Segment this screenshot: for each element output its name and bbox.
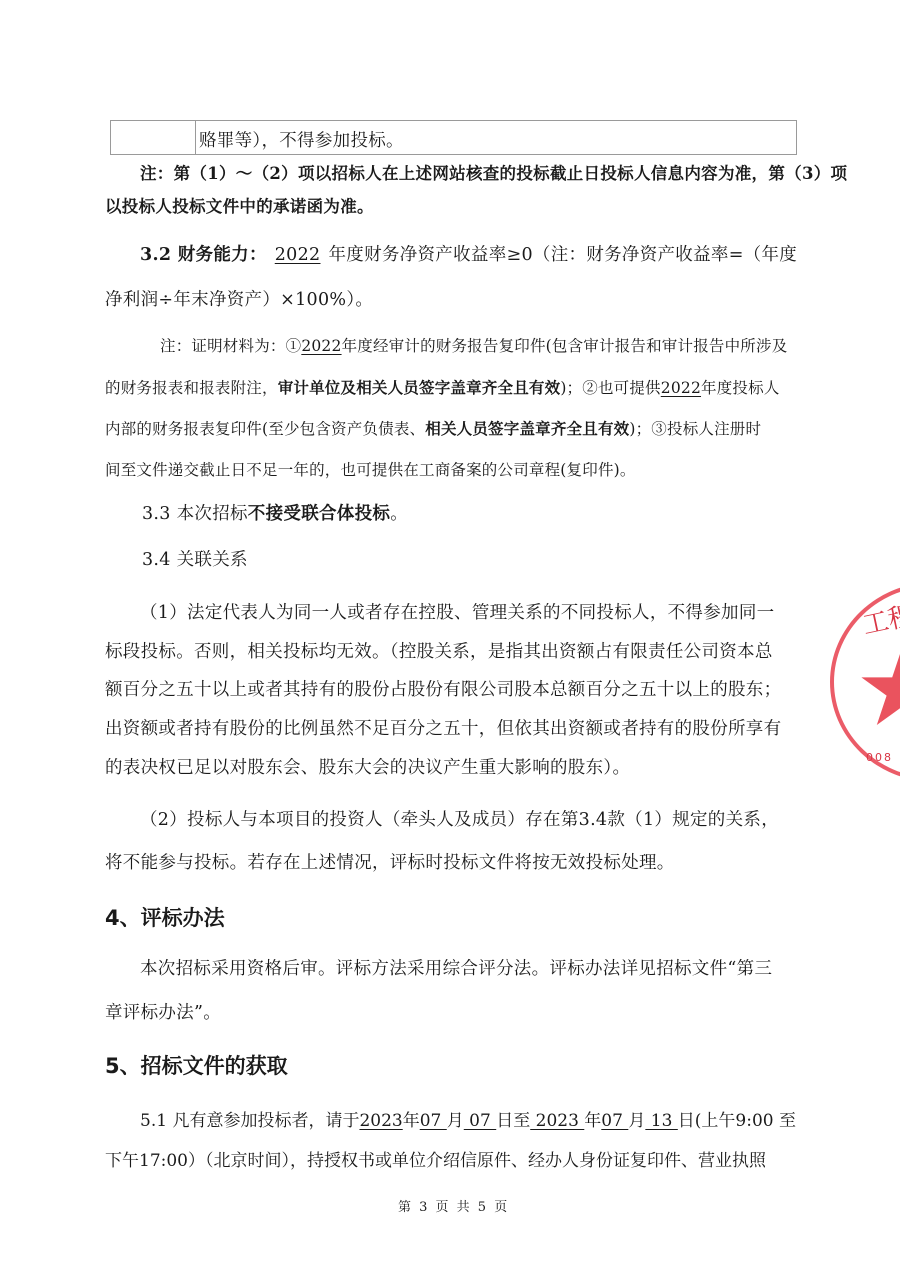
- paragraph-line: 的表决权已足以对股东会、股东大会的决议产生重大影响的股东）。: [105, 754, 630, 779]
- section-text: 净利润÷年末净资产）×100%）。: [105, 286, 373, 311]
- qualification-table: 赂罪等），不得参加投标。: [110, 120, 797, 155]
- year-field: 2022: [661, 379, 701, 397]
- paragraph-line: 额百分之五十以上或者其持有的股份占股份有限公司股本总额百分之五十以上的股东；: [105, 676, 781, 701]
- section-3-2: 3.2 财务能力：2022年度财务净资产收益率≥0（注：财务净资产收益率=（年度: [140, 241, 797, 266]
- paragraph-line: 下午17:00）（北京时间），持授权书或单位介绍信原件、经办人身份证复印件、营业…: [105, 1146, 766, 1171]
- start-month: 07: [420, 1111, 447, 1131]
- stamp-text: 工程: [859, 595, 900, 642]
- section-4-heading: 4、评标办法: [105, 902, 225, 932]
- paragraph-line: （1）法定代表人为同一人或者存在控股、管理关系的不同投标人，不得参加同一: [140, 599, 774, 624]
- note-text: 内部的财务报表复印件(至少包含资产负债表、: [105, 420, 425, 438]
- section-text: 3.3 本次招标: [142, 504, 248, 524]
- end-day: 13: [645, 1111, 677, 1131]
- note-line: 的财务报表和报表附注，审计单位及相关人员签字盖章齐全且有效)；②也可提供2022…: [105, 376, 780, 398]
- section-3-4-title: 3.4 关联关系: [142, 546, 248, 571]
- paragraph-line: 本次招标采用资格后审。评标方法采用综合评分法。评标办法详见招标文件“第三: [140, 955, 772, 980]
- note-text: 的财务报表和报表附注，: [105, 379, 278, 397]
- table-column-divider: [195, 121, 196, 154]
- year-field: 2022: [267, 245, 329, 265]
- start-year: 2023: [359, 1111, 402, 1131]
- note-line: 注：第（1）～（2）项以招标人在上述网站核查的投标截止日投标人信息内容为准，第（…: [140, 160, 847, 184]
- section-5-heading: 5、招标文件的获取: [105, 1050, 288, 1080]
- note-line: 间至文件递交截止日不足一年的，也可提供在工商备案的公司章程(复印件)。: [105, 458, 636, 480]
- section-text: 日(上午9:00 至: [678, 1111, 796, 1131]
- section-5-1: 5.1 凡有意参加投标者，请于2023年07 月 07 日至 2023 年07 …: [140, 1106, 796, 1131]
- paragraph-line: 标段投标。否则，相关投标均无效。（控股关系，是指其出资额占有限责任公司资本总: [105, 638, 773, 663]
- page-number: 第 3 页 共 5 页: [398, 1196, 509, 1215]
- stamp-code: 008: [866, 751, 893, 764]
- note-bold-text: 审计单位及相关人员签字盖章齐全且有效: [278, 378, 561, 397]
- section-3-3: 3.3 本次招标不接受联合体投标。: [142, 500, 408, 525]
- paragraph-line: 出资额或者持有股份的比例虽然不足百分之五十，但依其出资额或者持有的股份所享有: [105, 715, 781, 740]
- end-month: 07: [601, 1111, 628, 1131]
- section-text: 年度财务净资产收益率≥0（注：财务净资产收益率=（年度: [329, 245, 798, 265]
- note-line: 以投标人投标文件中的承诺函为准。: [105, 193, 374, 217]
- note-text: )；③投标人注册时: [629, 420, 761, 438]
- note-bold-text: 相关人员签字盖章齐全且有效: [425, 419, 629, 438]
- note-line: 内部的财务报表复印件(至少包含资产负债表、相关人员签字盖章齐全且有效)；③投标人…: [105, 417, 761, 439]
- note-text: 注：证明材料为：①: [160, 337, 301, 355]
- end-year: 2023: [530, 1111, 584, 1131]
- unit-year: 年: [403, 1111, 420, 1131]
- unit-year: 年: [584, 1111, 601, 1131]
- paragraph-line: 章评标办法”。: [105, 999, 221, 1024]
- section-text: 。: [390, 504, 408, 524]
- start-day: 07: [464, 1111, 496, 1131]
- note-text: )；②也可提供: [560, 379, 660, 397]
- note-text: 年度经审计的财务报告复印件(包含审计报告和审计报告中所涉及: [342, 337, 788, 355]
- section-bold-text: 不接受联合体投标: [248, 504, 390, 524]
- unit-month: 月: [447, 1111, 464, 1131]
- paragraph-line: 将不能参与投标。若存在上述情况，评标时投标文件将按无效投标处理。: [105, 849, 675, 874]
- year-field: 2022: [301, 337, 341, 355]
- section-text: 5.1 凡有意参加投标者，请于: [140, 1111, 359, 1131]
- unit-day-to: 日至: [496, 1111, 530, 1131]
- paragraph-line: （2）投标人与本项目的投资人（牵头人及成员）存在第3.4款（1）规定的关系，: [140, 806, 779, 831]
- note-text: 年度投标人: [701, 379, 780, 397]
- note-line: 注：证明材料为：①2022年度经审计的财务报告复印件(包含审计报告和审计报告中所…: [160, 334, 787, 356]
- table-cell-text: 赂罪等），不得参加投标。: [199, 127, 404, 152]
- unit-month: 月: [628, 1111, 645, 1131]
- section-label: 3.2 财务能力：: [140, 245, 267, 265]
